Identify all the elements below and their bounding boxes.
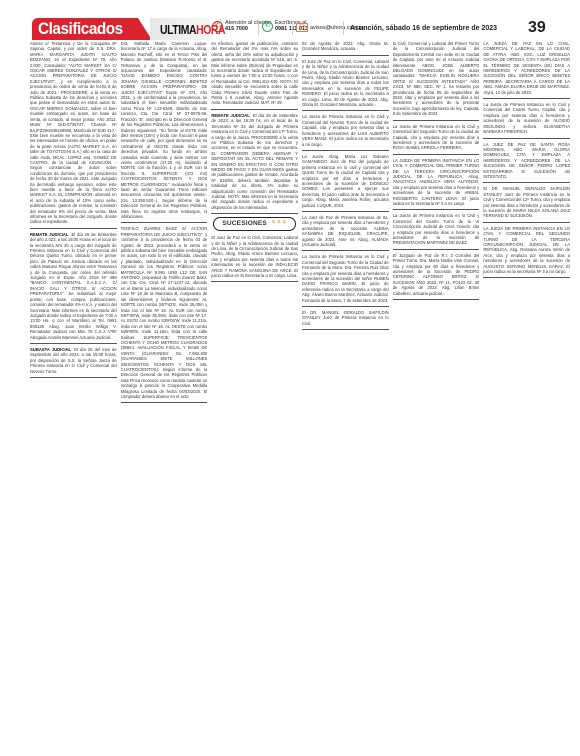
ad-body: LA JUEZA DE PRIMERA INSTANCIA EN LO CIVI… [393,158,480,206]
classified-ad: LA JUEZ DE PAZ DE SANTA ROSA MISIONES, A… [483,141,570,184]
publication-date: Asunción, sábado 16 de septiembre de 202… [350,25,497,32]
ad-body: El Juez de Paz en lo Civil, Comercial, L… [302,59,389,107]
ad-body: El Juzgado de Paz de R.I. 3 Corrales del… [393,253,480,296]
family-tree-icon: ⚘⚘⚘ [271,221,287,226]
ad-body: El DR. MANUEL GERALDO SAIFILDIN STANLEY … [302,310,389,326]
classified-ad: REMATE JUDICIAL: El día 26 de Setiembre … [211,112,298,214]
classified-ad: La Jueza Abog. Maria Luz Galeano SAMANIE… [302,153,389,212]
classified-ad: La Jueza de Primera Instancia en lo Civi… [302,113,389,150]
column-5: lo Civil, Comercial y Laboral del Primer… [393,40,480,750]
ad-body: : El día 26 de Setiembre de 2023, a las … [211,113,298,210]
mail-icon: ✉ [296,23,308,32]
classified-ad: TEOFILO ZUAREZ BAEZ S/ ACCION PREPARATOR… [121,225,208,403]
column-1: Alonso e/ Testanova y De la Conquista Bº… [30,40,117,750]
classified-ad: El DR. MANUEL GERALDO SAIFILDIN STANLEY … [302,309,389,330]
classified-ad: El DR. MANUEL GERALDO SAIFILDIN STANLEY … [483,185,570,222]
classified-ad: LA JUEZA DE PAZ EN LO CIVIL, COMERCIAL Y… [483,40,570,99]
divider [343,21,344,35]
divider [258,21,259,35]
column-3: en efectivo, gastos de publicación, comi… [211,40,298,750]
classified-ad: en efectivo, gastos de publicación, comi… [211,40,298,110]
ad-body: Alonso e/ Testanova y De la Conquista Bº… [30,41,117,224]
ad-body: . El día 26 de Setiembre del año 2.023, … [30,232,117,340]
ad-heading: REMATE JUDICIAL [30,232,69,237]
page-header: Clasificados ULTIMAHORA ✆ Atención al cl… [0,0,580,40]
column-6: LA JUEZA DE PAZ EN LO CIVIL, COMERCIAL Y… [483,40,570,750]
classified-ad: El Juzgado de Paz de R.I. 3 Corrales del… [393,252,480,300]
ad-body: La Juez de Paz de Primera Instancia de I… [302,215,389,247]
divider [292,21,293,35]
ad-heading: SUBASTA JUDICIAL [30,347,71,352]
classified-ad: REMATE JUDICIAL. El día 26 de Setiembre … [30,231,117,344]
column-4: 02 de Agosto de 2023. Abg. Gloria M. Gon… [302,40,389,750]
classified-ad: 02 de Agosto de 2023. Abg. Gloria M. Gon… [302,40,389,56]
ad-body: en efectivo, gastos de publicación, comi… [211,41,298,105]
classified-ad: La Jueza de Primera Instancia en lo Civi… [393,123,480,155]
classified-ad: El Juez de Paz en lo Civil, Comercial, L… [302,58,389,112]
ad-body: La Jueza de Primera Instancia en lo Civi… [393,213,480,245]
ad-body: La Jueza de Primera Instancia en lo Civi… [483,102,570,134]
classified-ad: La Jueza de Primera Instancia en lo Civi… [393,212,480,249]
phone-icon: ✆ [212,21,223,32]
classified-ad: La Jueza de Primera Instancia en lo Civi… [483,101,570,138]
ad-heading: REMATE JUDICIAL [211,113,250,118]
classified-ad: La Juez de Paz de Primera Instancia de I… [302,214,389,251]
section-label: SUCESIONES [222,221,267,226]
classified-ad: LA JUEZA DE PRIMERA INSTANCIA EN LO CIVI… [393,157,480,211]
section-title: Clasificados [38,19,123,39]
page-number: 39 [528,19,546,37]
ad-body: 02 de Agosto de 2023. Abg. Gloria M. Gon… [302,41,389,51]
ad-body: La Jueza de Primera Instancia en lo Civi… [302,254,389,302]
classifieds-columns: Alonso e/ Testanova y De la Conquista Bº… [30,40,570,750]
ad-body: El Juez de Paz en lo Civil, Comercial, L… [211,235,298,278]
ad-body: LA JUEZA DE PRIMERA INSTANCIA EN LO CIVI… [483,226,570,274]
ad-body: LA JUEZ DE PAZ DE SANTA ROSA MISIONES, A… [483,142,570,179]
classified-ad: El Juez de Paz en lo Civil, Comercial, L… [211,234,298,282]
ad-body: Dra. Mafalda María Cameron Luque, Secret… [121,41,208,219]
section-header-sucesiones: SUCESIONES⚘⚘⚘ [213,217,296,231]
column-2: Dra. Mafalda María Cameron Luque, Secret… [121,40,208,750]
ad-body: lo Civil, Comercial y Laboral del Primer… [393,41,480,116]
whatsapp-icon: ✆ [262,21,273,32]
classified-ad: LA JUEZA DE PRIMERA INSTANCIA EN LO CIVI… [483,225,570,279]
classified-ad: Alonso e/ Testanova y De la Conquista Bº… [30,40,117,229]
ad-body: La Jueza de Primera Instancia en lo Civi… [393,124,480,151]
classified-ad: La Jueza de Primera Instancia en lo Civi… [302,253,389,307]
ad-body: La Jueza de Primera Instancia en lo Civi… [302,114,389,146]
logo-part-1: ULTIMA [160,22,196,37]
ad-body: LA JUEZA DE PAZ EN LO CIVIL, COMERCIAL Y… [483,41,570,95]
ad-body: La Jueza Abog. Maria Luz Galeano SAMANIE… [302,154,389,208]
classified-ad: Dra. Mafalda María Cameron Luque, Secret… [121,40,208,223]
classified-ad: lo Civil, Comercial y Laboral del Primer… [393,40,480,121]
classified-ad: SUBASTA JUDICIAL: El día 25 del mes de S… [30,346,117,378]
ad-body: El DR. MANUEL GERALDO SAIFILDIN STANLEY … [483,186,570,218]
ad-body: TEOFILO ZUAREZ BAEZ S/ ACCION PREPARATOR… [121,226,208,399]
